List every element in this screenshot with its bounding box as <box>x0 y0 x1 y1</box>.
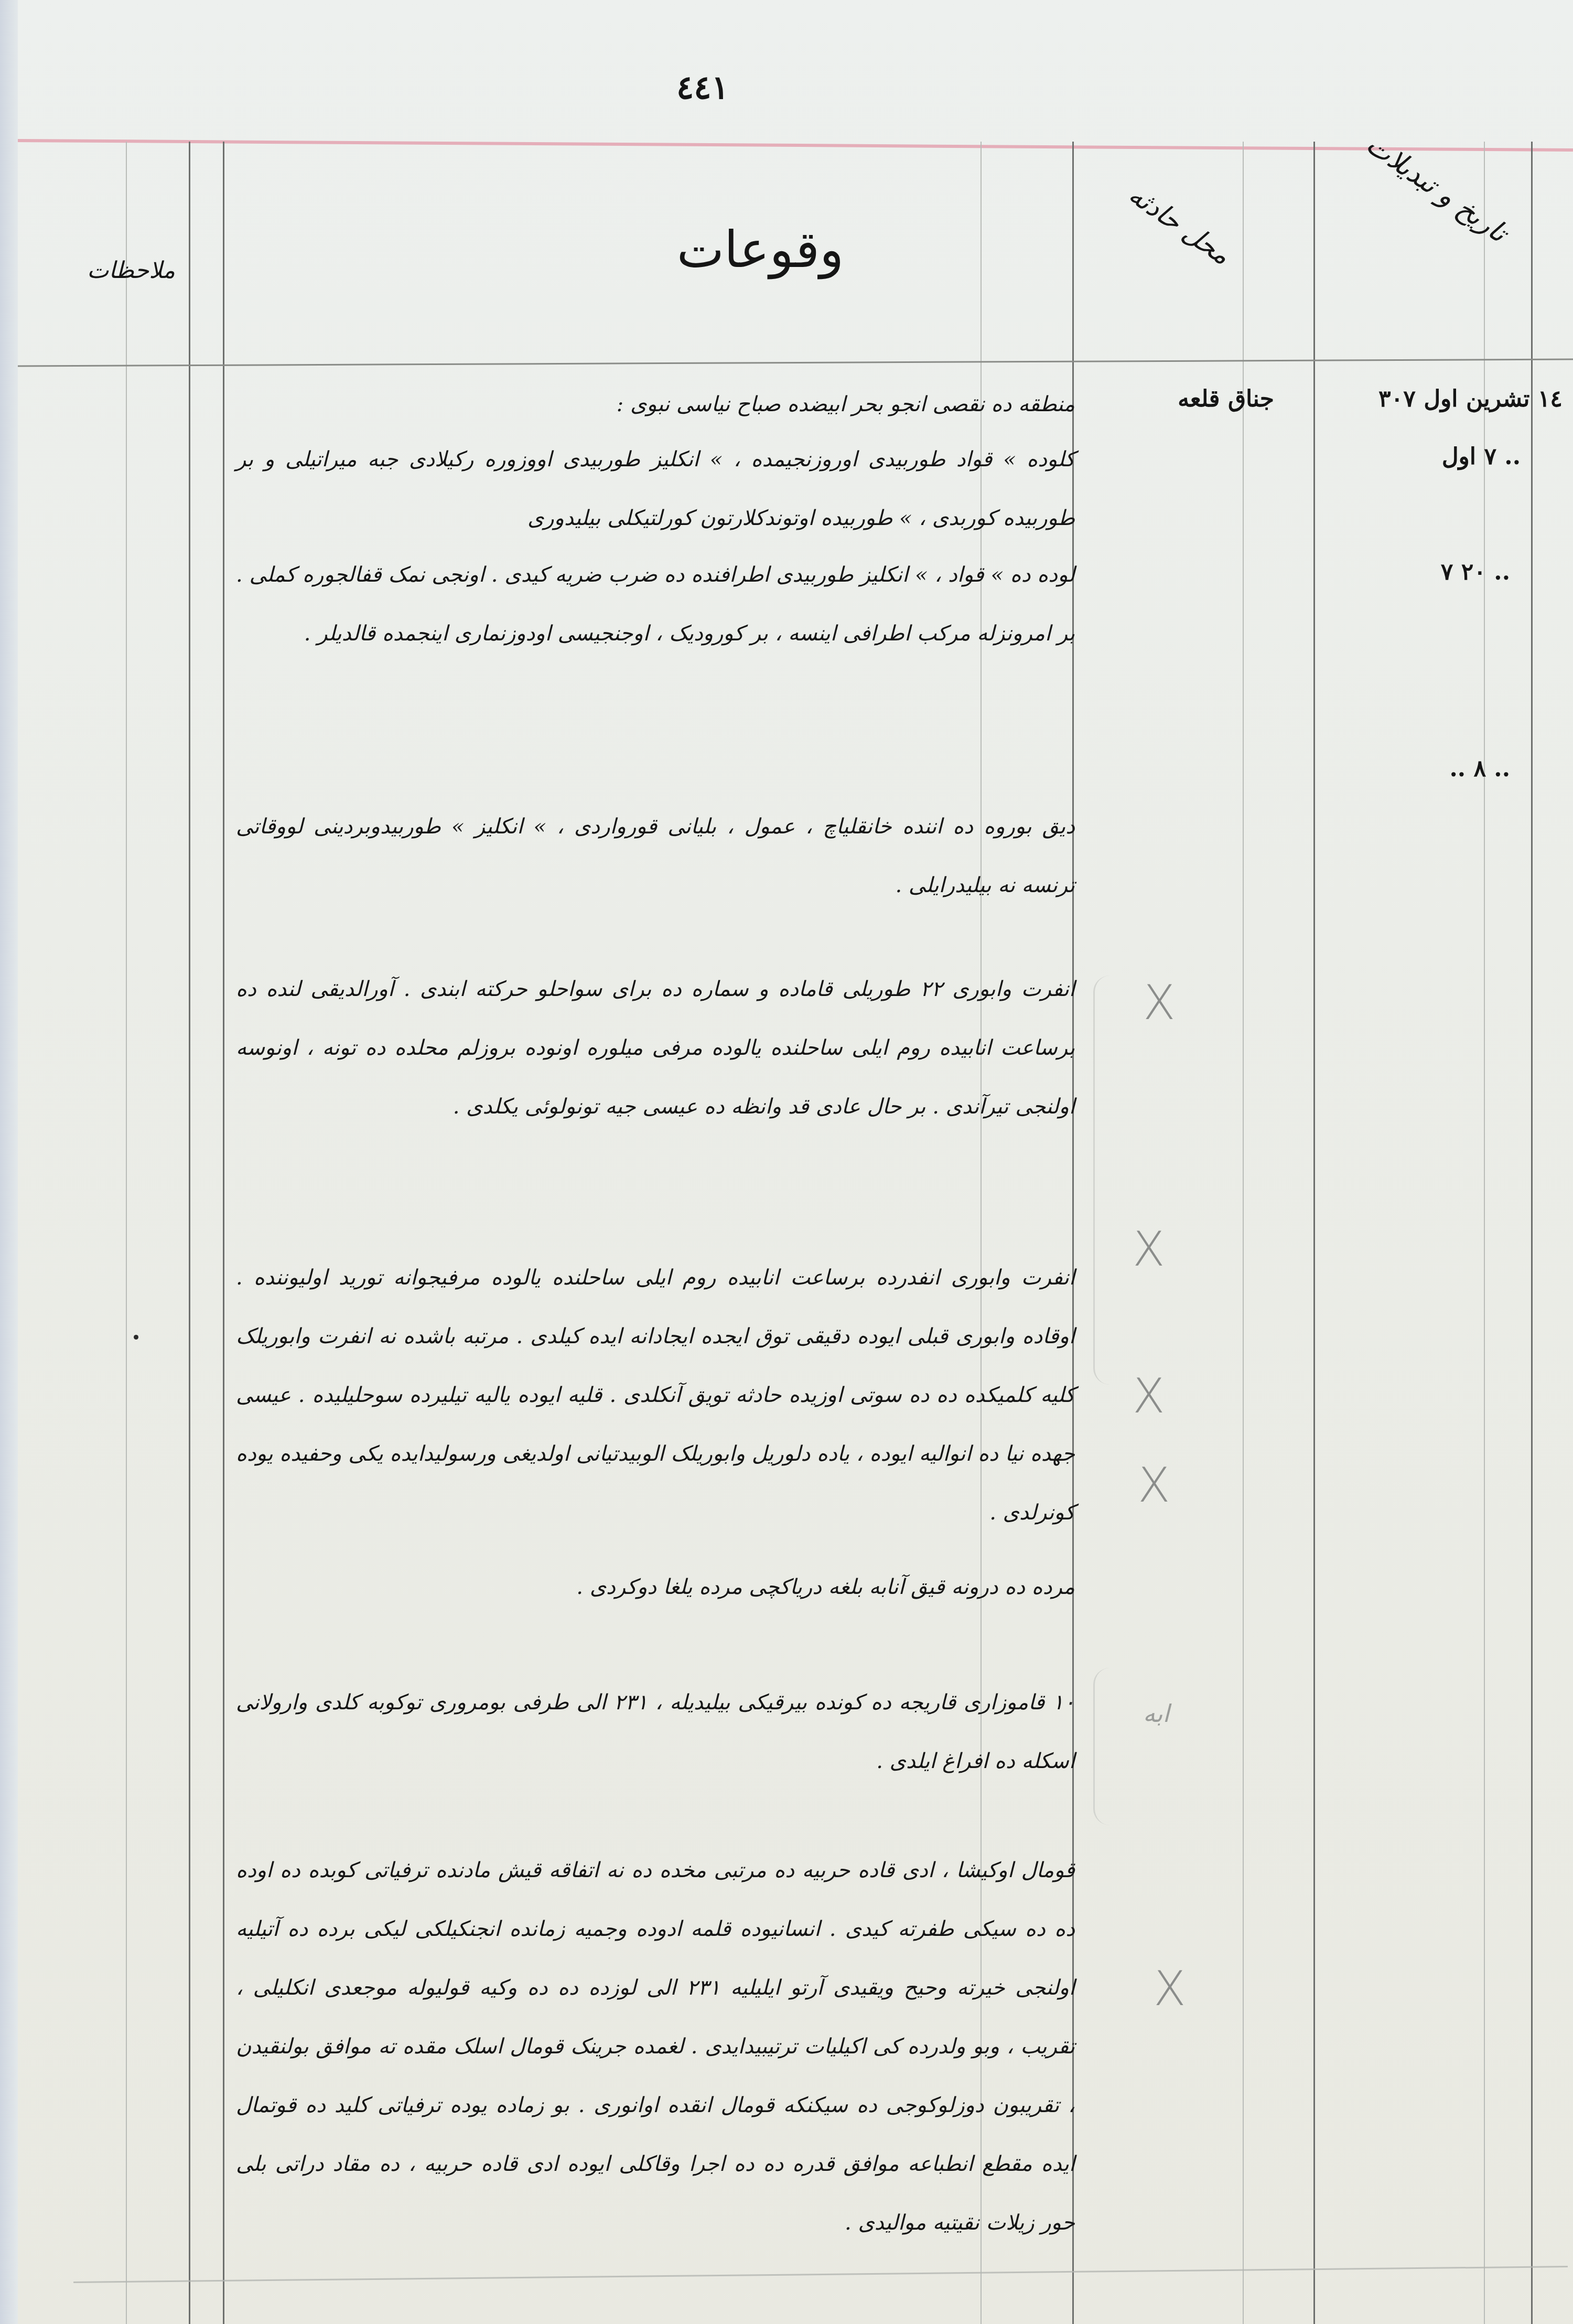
pencil-note: ابه <box>1143 1699 1169 1728</box>
event-entry: منطقه ده نقصی انجو بحر ابیضده صباح نیاسی… <box>236 375 1075 434</box>
entry-date: .. ٨ .. <box>1374 755 1510 782</box>
column-rule <box>1531 142 1533 2324</box>
entry-place: جناق قلعه <box>1101 385 1274 412</box>
pencil-bracket <box>1093 976 1126 1385</box>
event-entry: قومال اوکیشا ، ادی قاده حربیه ده مرتبی م… <box>236 1841 1075 2252</box>
pencil-x-mark: X <box>1143 976 1176 1031</box>
event-entry: ١٠ قاموزاری قاریجه ده کونده بیرقیکی بیلی… <box>236 1673 1075 1791</box>
pencil-bracket <box>1093 1668 1126 1825</box>
event-entry: انفرت وابوری ٢٢ طوریلی قاماده و سماره ده… <box>236 960 1075 1136</box>
pencil-x-mark: X <box>1154 1962 1186 2017</box>
event-entry: کلوده » قواد طوربیدی اوروزنجیمده ، » انک… <box>236 430 1075 548</box>
ink-dot <box>134 1335 138 1340</box>
page-number: ٤٤١ <box>671 68 734 106</box>
column-rule <box>1243 142 1244 2324</box>
entry-date: ١٤ تشرین اول ٣٠٧ <box>1316 385 1563 412</box>
column-rule <box>223 142 224 2324</box>
event-entry: انفرت وابوری انفدرده برساعت انابیده روم … <box>236 1248 1075 1542</box>
event-entry: لوده ده » قواد ، » انکلیز طوربیدی اطرافن… <box>236 545 1075 663</box>
book-page-edge <box>0 0 18 2324</box>
column-rule <box>126 142 127 2324</box>
header-remarks: ملاحظات <box>63 257 199 284</box>
column-rule <box>189 142 190 2324</box>
entry-date: .. ٢٠ ٧ <box>1374 559 1510 585</box>
event-entry: دیق بوروه ده اننده خانقلیاچ ، عمول ، بلی… <box>236 797 1075 915</box>
pencil-x-mark: X <box>1133 1369 1165 1424</box>
column-rule <box>1313 142 1315 2324</box>
event-entry: مرده ده درونه قیق آنابه بلغه دریاکچی مرد… <box>236 1558 1075 1616</box>
header-events: وقوعات <box>577 220 944 279</box>
entry-date: .. ٧ اول <box>1363 443 1521 470</box>
pencil-x-mark: X <box>1133 1222 1165 1277</box>
pencil-x-mark: X <box>1138 1458 1170 1513</box>
